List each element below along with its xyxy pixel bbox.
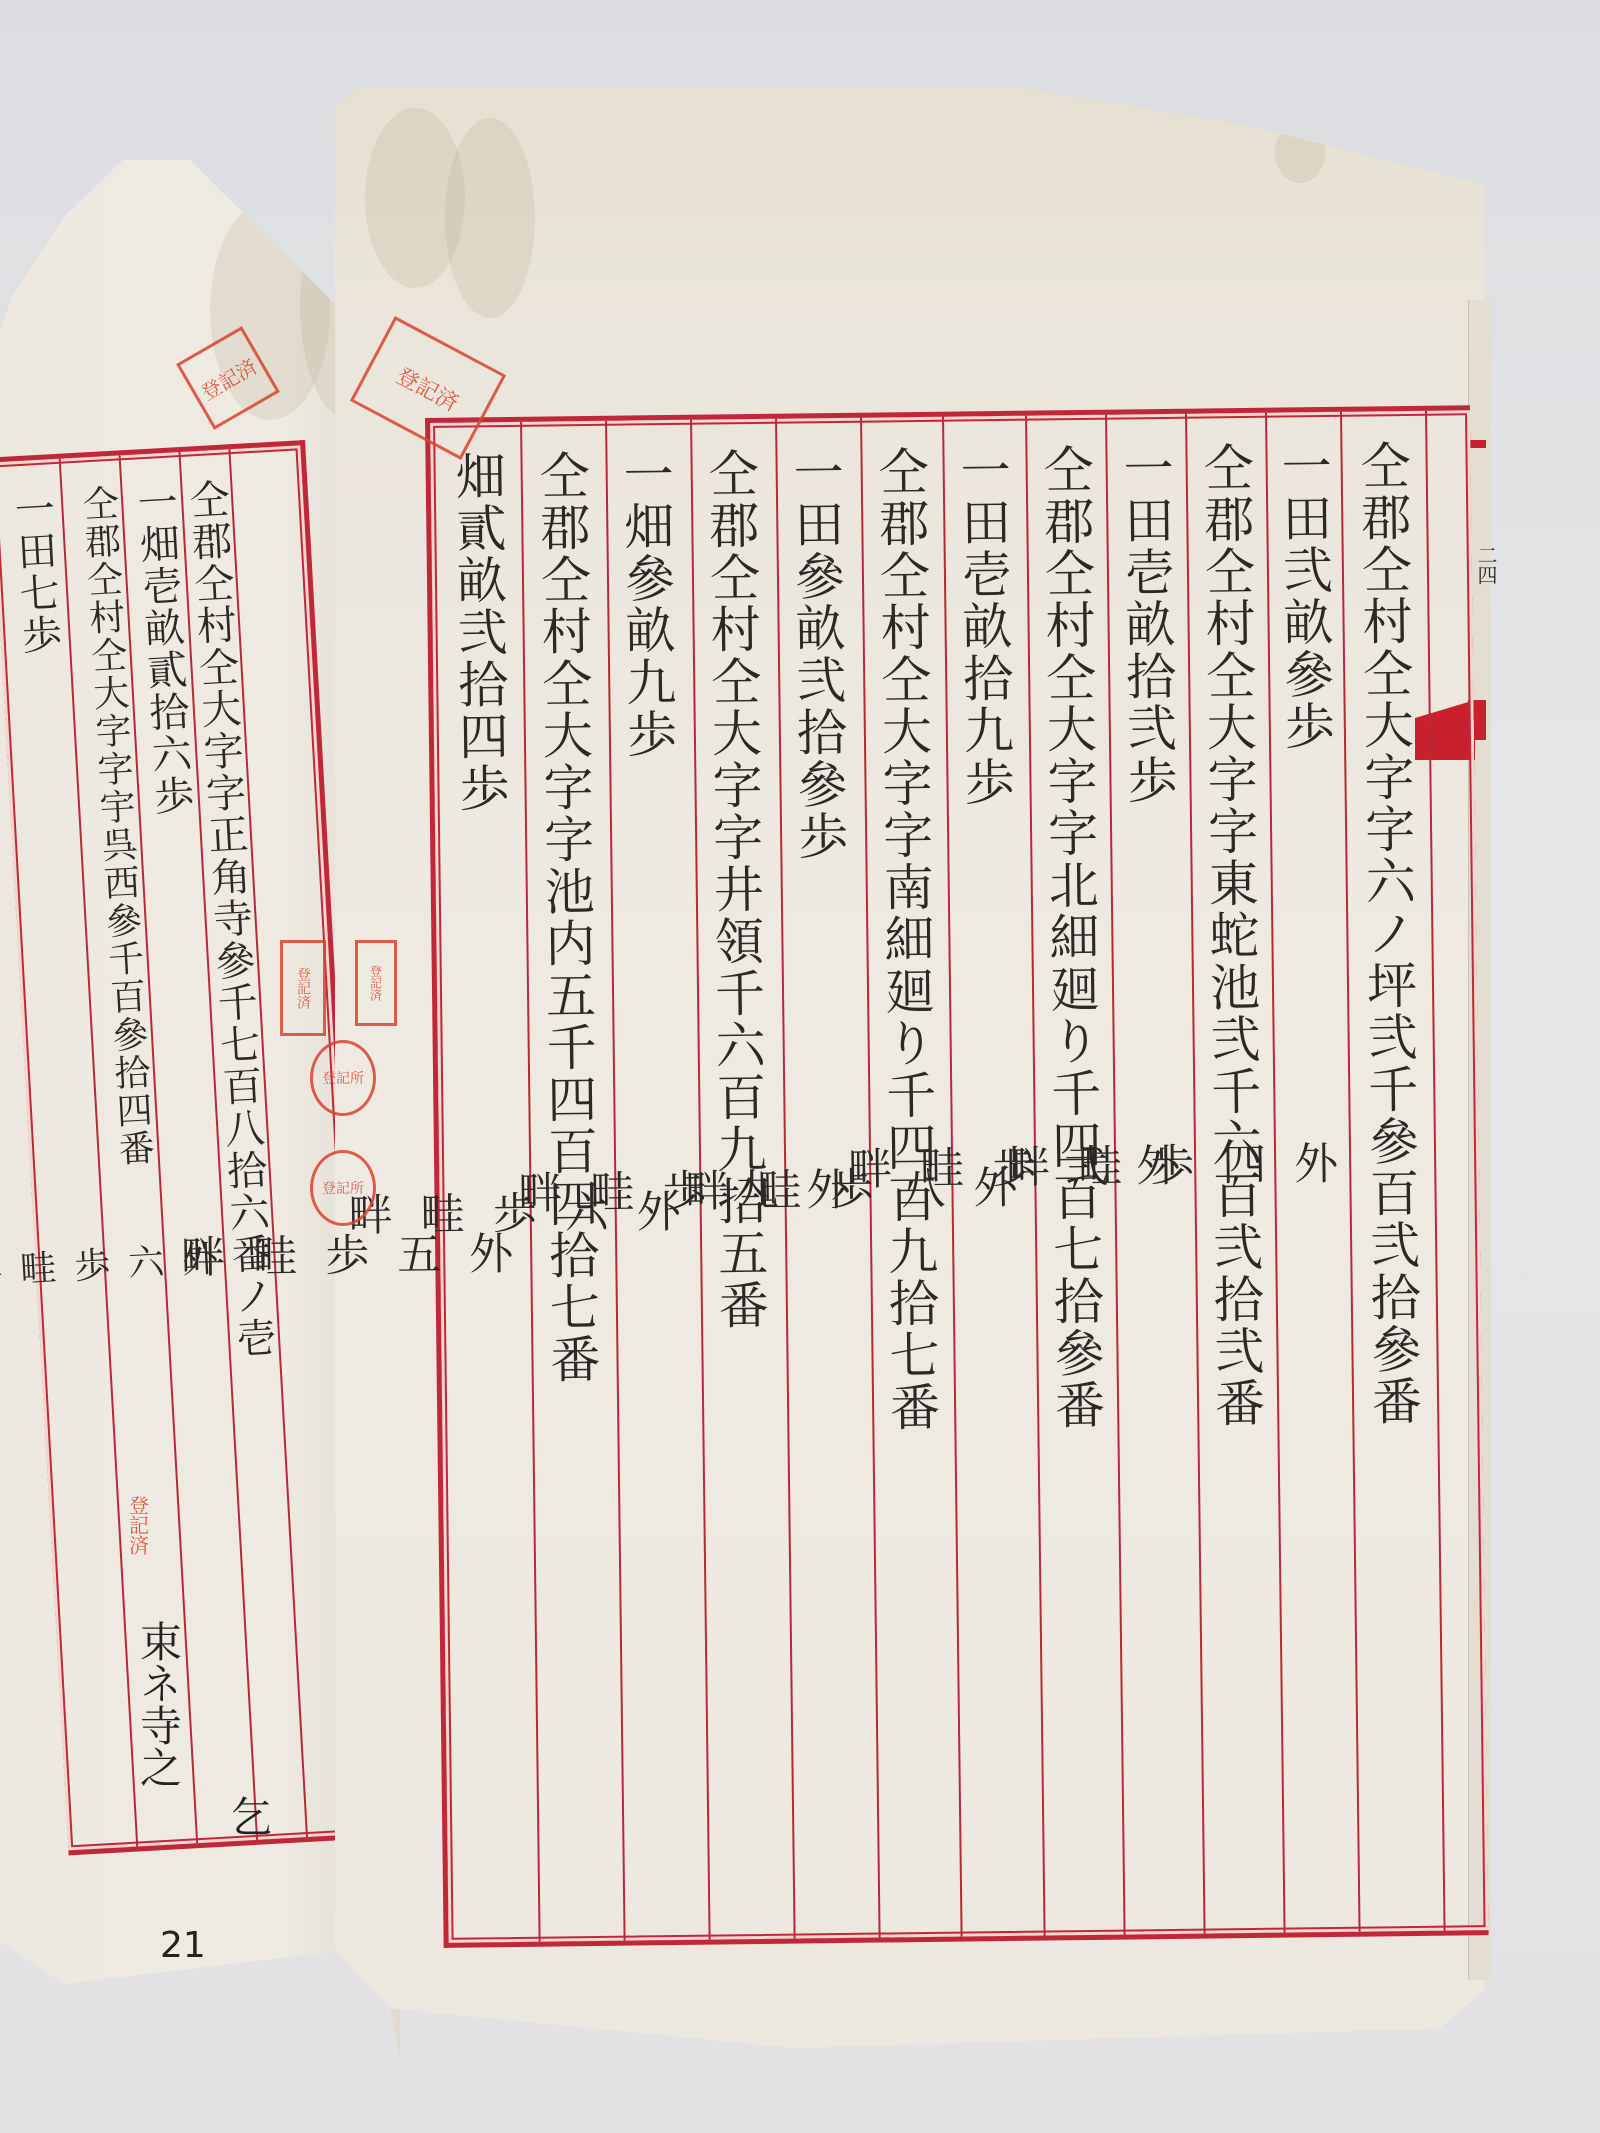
water-stain — [445, 118, 535, 318]
ledger-column: 仝郡仝村仝大字字六ノ坪弐千參百弐拾參番 — [1345, 439, 1429, 1428]
ledger-column: 仝郡仝村仝大字字池内五千四百四拾七番 — [524, 449, 607, 1386]
trailing-character: 乞 — [218, 1795, 278, 1837]
red-seal: 登記済 — [108, 1470, 168, 1580]
column-text: 仝郡仝村仝大字字井領千六百九拾五番 — [693, 447, 776, 1332]
column-text: 一田弐畝參歩 — [1266, 440, 1342, 753]
ledger-column: 仝郡仝村仝大字字南細廻り千四百九拾七番 — [863, 445, 947, 1434]
column-text: 仝郡仝村仝大字字東蛇池弐千六百弐拾弐番 — [1188, 441, 1272, 1430]
page-number: 21 — [160, 1925, 206, 1966]
column-text: 一田參畝弐拾參歩 — [778, 446, 855, 863]
column-text: 一田七歩 — [3, 487, 66, 658]
ledger-column: 一畑參畝九歩 外六歩畦畔 — [608, 448, 684, 761]
column-text: 一畑參畝九歩 — [608, 448, 684, 761]
water-stain — [1275, 123, 1325, 183]
ledger-column: 一田壱畝拾弐歩 外弐歩畦畔 — [1108, 442, 1184, 807]
ledger-column: 仝郡仝村仝大字字東蛇池弐千六百弐拾弐番 — [1188, 441, 1272, 1430]
red-seal: 登記済 — [280, 940, 326, 1036]
ledger-column: 仝郡仝村仝大字字井領千六百九拾五番 — [693, 447, 776, 1332]
right-page-ruled-frame: 仝郡仝村仝大字字六ノ坪弐千參百弐拾參番 一田弐畝參歩 外四歩畦畔 仝郡仝村仝大字… — [425, 405, 1489, 1948]
ledger-column: 畑貳畝弐拾四歩 外五歩畦畔 — [440, 450, 516, 815]
column-text: 畑貳畝弐拾四歩 — [440, 450, 516, 815]
column-text: 仝郡仝村仝大字字六ノ坪弐千參百弐拾參番 — [1345, 439, 1429, 1428]
column-text: 一田壱畝拾九歩 — [945, 444, 1021, 809]
ledger-column: 一田參畝弐拾參歩 外九歩畦畔 — [778, 446, 855, 863]
ledger-column: 一田七歩 — [1, 487, 66, 658]
ledger-column: 仝郡仝村仝大字字正角寺參千七百八拾六番ノ壱 — [172, 477, 281, 1361]
ledger-column: 仝郡仝村仝大字字北細廻り千四百七拾參番 — [1028, 443, 1112, 1432]
column-text: 仝郡仝村仝大字字正角寺參千七百八拾六番ノ壱 — [178, 477, 281, 1361]
column-note: 外五歩畦畔 — [162, 1230, 523, 1280]
red-seal-round: 登記所 — [310, 1150, 376, 1226]
signature: 束ネ寺之 — [128, 1620, 188, 1788]
ledger-column: 一田壱畝拾九歩 外八歩畦畔 — [945, 444, 1021, 809]
red-ruling-tab — [1468, 440, 1486, 448]
column-text: 仝郡仝村仝大字字北細廻り千四百七拾參番 — [1028, 443, 1112, 1432]
red-seal: 登記済 — [355, 940, 397, 1026]
column-rule — [1425, 411, 1446, 1931]
column-text: 仝郡仝村仝大字字池内五千四百四拾七番 — [524, 449, 607, 1386]
ledger-column: 一田弐畝參歩 外四歩畦畔 — [1266, 440, 1342, 753]
column-text: 一田壱畝拾弐歩 — [1108, 442, 1184, 807]
column-text: 仝郡仝村仝大字字南細廻り千四百九拾七番 — [863, 445, 947, 1434]
edge-mark: 二四 — [1472, 545, 1501, 585]
red-seal-round: 登記所 — [310, 1040, 376, 1116]
